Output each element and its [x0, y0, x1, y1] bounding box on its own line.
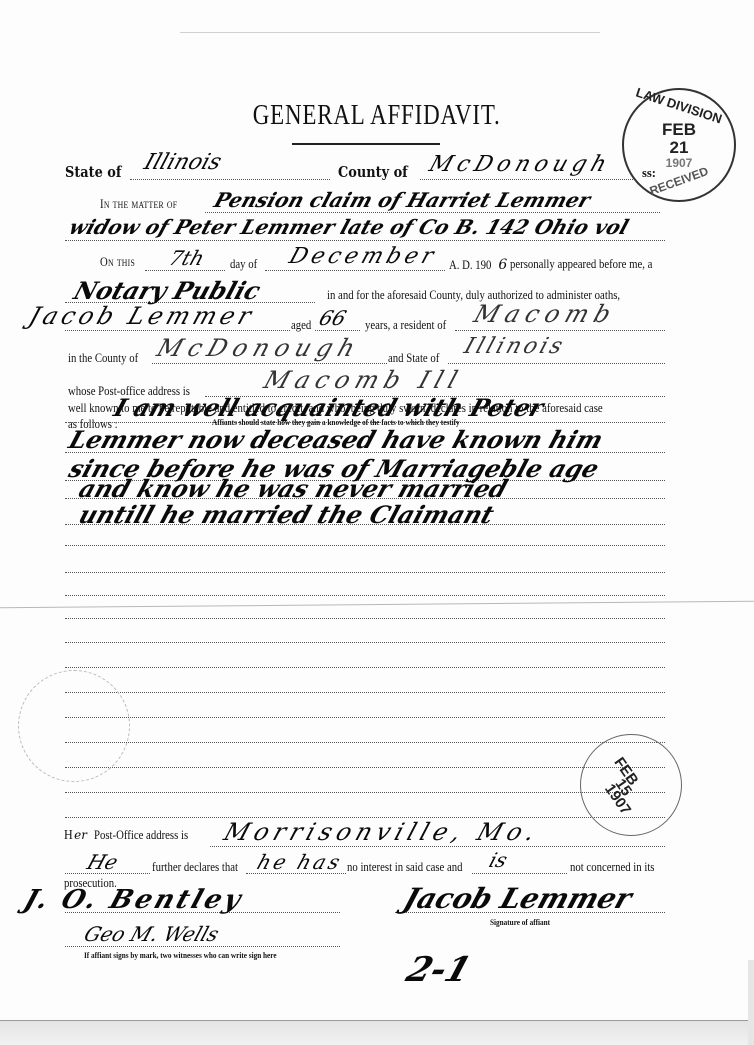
her-po-value: Morrisonville, Mo.	[220, 818, 543, 846]
blank-line	[65, 692, 665, 693]
statement-text-1: I am well acquainted with Peter	[110, 393, 547, 422]
statement-text-4: and know he was never married	[75, 474, 511, 503]
matter-field-line-1	[205, 212, 660, 213]
blank-line	[65, 572, 665, 573]
is-field-line	[472, 873, 567, 874]
blank-line	[65, 667, 665, 668]
blank-line	[65, 717, 665, 718]
resident-label: years, a resident of	[365, 318, 446, 333]
age-value: 66	[316, 306, 349, 330]
faint-seal-stamp	[18, 670, 130, 782]
law-division-stamp: LAW DIVISION FEB 21 1907 RECEIVED	[622, 88, 736, 202]
statement-text-2: Lemmer now deceased have known him	[65, 425, 607, 454]
further-label: further declares that	[152, 860, 238, 875]
po-value: Macomb Ill	[260, 366, 466, 394]
witness2-signature: Geo M. Wells	[81, 922, 222, 946]
interest-label: no interest in said case and	[347, 860, 463, 875]
witness2-line	[65, 946, 340, 947]
blank-line	[65, 642, 665, 643]
blank-line	[65, 618, 665, 619]
page-mark: 2-1	[402, 950, 476, 990]
her-value: er	[74, 828, 87, 842]
year-suffix: 6	[498, 257, 507, 273]
matter-label: In the matter of	[100, 197, 177, 212]
received-date-stamp: FEB 15 1907	[580, 734, 682, 836]
officer-value: Notary Public	[70, 276, 264, 305]
in-county-value: McDonough	[153, 334, 364, 362]
ad-wrap: A. D. 1906	[449, 257, 509, 273]
matter-value-line-2: widow of Peter Lemmer late of Co B. 142 …	[66, 215, 632, 239]
matter-field-line-2	[65, 240, 665, 241]
affiant-signature: Jacob Lemmer	[400, 882, 636, 915]
aged-label: aged	[291, 318, 311, 333]
month-field-line	[265, 270, 445, 271]
paper-right-edge	[748, 960, 754, 1045]
county-label: County of	[338, 163, 408, 181]
blank-line	[65, 742, 665, 743]
and-state-label: and State of	[388, 351, 439, 366]
document-title: GENERAL AFFIDAVIT.	[68, 100, 686, 132]
blank-line	[65, 792, 665, 793]
not-concerned-wrap: not concerned in its	[570, 860, 690, 875]
appeared-label: personally appeared before me, a	[510, 257, 652, 272]
paper-bottom-edge	[0, 1020, 754, 1045]
her-po-field-line	[210, 846, 665, 847]
blank-line	[65, 545, 665, 546]
county-field-line	[420, 179, 635, 180]
county-value: McDonough	[426, 152, 615, 177]
affiant-name: Jacob Lemmer	[25, 302, 258, 330]
stamp-month: FEB	[624, 120, 734, 140]
he-value: He	[84, 850, 121, 874]
title-underline	[292, 143, 440, 145]
day-of-label: day of	[230, 257, 257, 272]
blank-line	[65, 595, 665, 596]
paper-fold-middle	[0, 601, 754, 609]
and-state-field-line	[448, 363, 665, 364]
on-this-label: On this	[100, 255, 135, 270]
her-po-label: Post-Office address is	[94, 828, 188, 843]
affiant-signature-label: Signature of affiant	[490, 917, 550, 927]
and-state-value: Illinois	[461, 334, 569, 359]
state-field-line	[130, 179, 330, 180]
has-value: he has	[254, 850, 346, 874]
in-county-label: in the County of	[68, 351, 138, 366]
paper-fold-top	[180, 32, 600, 33]
month-value: December	[286, 244, 441, 269]
affidavit-page: GENERAL AFFIDAVIT. State of Illinois Cou…	[0, 0, 754, 1045]
statement-text-5: untill he married the Claimant	[75, 500, 497, 529]
matter-value-line-1: Pension claim of Harriet Lemmer	[211, 188, 593, 212]
witness1-signature: J. O. Bentley	[20, 885, 247, 915]
affiant-name-field-line	[65, 330, 290, 331]
state-value: Illinois	[141, 150, 225, 175]
ad-label: A. D. 190	[449, 258, 491, 273]
residence-field-line	[455, 330, 665, 331]
her-label: H	[64, 828, 73, 844]
not-concerned-label: not concerned in its	[570, 860, 654, 875]
stamp-day: 21	[624, 138, 734, 158]
blank-line	[65, 767, 665, 768]
state-label: State of	[65, 163, 121, 181]
residence-value: Macomb	[470, 300, 620, 328]
witness-note: If affiant signs by mark, two witnesses …	[84, 950, 277, 960]
day-field-line	[145, 270, 225, 271]
appeared-wrap: personally appeared before me, a	[510, 257, 670, 272]
in-county-field-line	[152, 363, 387, 364]
age-field-line	[315, 330, 360, 331]
